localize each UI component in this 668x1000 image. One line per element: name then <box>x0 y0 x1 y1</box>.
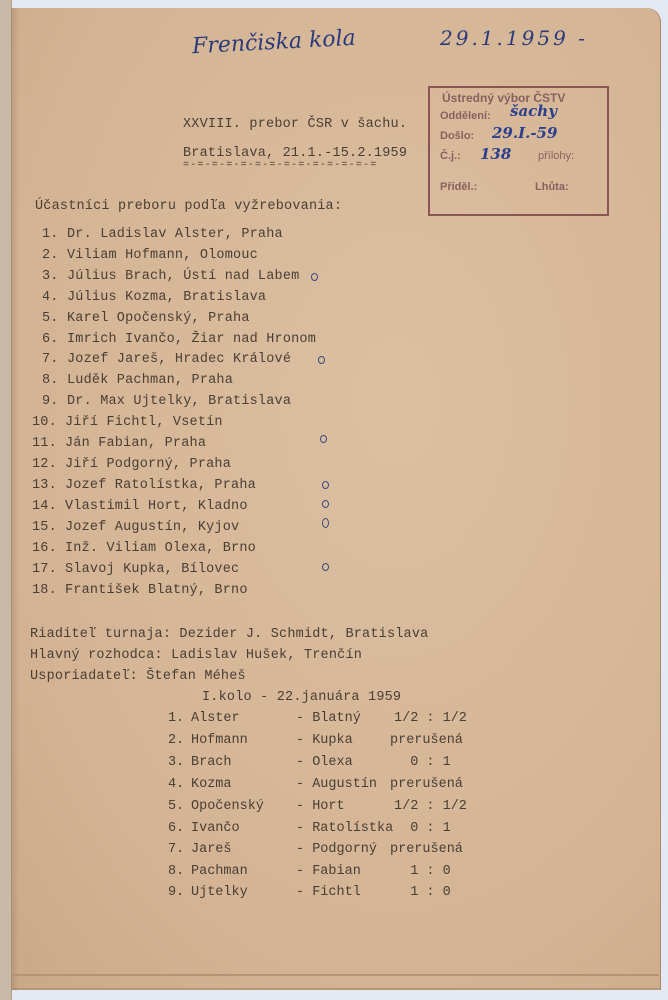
participant-name: Jiří Podgorný, Praha <box>65 457 231 472</box>
game-result: 1 : 0 <box>394 885 451 900</box>
stamp-label-attachments: přílohy: <box>538 150 574 162</box>
game-white-player: Kozma <box>191 777 232 792</box>
participant-number: 15. <box>32 520 57 535</box>
participant-name: Dr. Max Ujtelky, Bratislava <box>67 394 291 409</box>
participant-name: Ján Fabian, Praha <box>65 436 206 451</box>
chief-arbiter: Hlavný rozhodca: Ladislav Hušek, Trenčín <box>30 648 362 663</box>
participant-name: Slavoj Kupka, Bílovec <box>65 562 239 577</box>
participant-name: Jozef Augustín, Kyjov <box>65 520 239 535</box>
participant-number: 12. <box>32 457 57 472</box>
participant-name: Imrich Ivančo, Žiar nad Hronom <box>67 332 316 347</box>
game-result: 0 : 1 <box>394 821 451 836</box>
stamp-value-ref: 138 <box>480 145 511 163</box>
game-result: 1/2 : 1/2 <box>394 799 467 814</box>
game-number: 1. <box>168 711 184 726</box>
game-white-player: Ivančo <box>191 821 240 836</box>
handwritten-date: 29.1.1959 - <box>440 26 588 50</box>
page-shadow <box>11 8 19 990</box>
game-number: 2. <box>168 733 184 748</box>
game-black-player: - Fichtl <box>296 885 361 900</box>
participant-name: František Blatný, Brno <box>65 583 248 598</box>
participant-number: 1. <box>42 227 59 242</box>
game-white-player: Ujtelky <box>191 885 248 900</box>
participant-number: 8. <box>42 373 59 388</box>
game-number: 9. <box>168 885 184 900</box>
participant-number: 13. <box>32 478 57 493</box>
game-white-player: Brach <box>191 755 232 770</box>
participant-number: 5. <box>42 311 59 326</box>
circle-mark-icon <box>322 518 329 528</box>
tournament-director: Riaditeľ turnaja: Dezider J. Schmidt, Br… <box>30 627 428 642</box>
participant-number: 18. <box>32 583 57 598</box>
participant-number: 2. <box>42 248 59 263</box>
circle-mark-icon <box>318 356 325 364</box>
game-result: 1 : 0 <box>394 864 451 879</box>
game-white-player: Hofmann <box>191 733 248 748</box>
game-white-player: Pachman <box>191 864 248 879</box>
game-result: 1/2 : 1/2 <box>394 711 467 726</box>
game-number: 5. <box>168 799 184 814</box>
participant-name: Karel Opočenský, Praha <box>67 311 250 326</box>
stamp-label-ref: Č.j.: <box>440 150 461 162</box>
participant-name: Vlastimil Hort, Kladno <box>65 499 248 514</box>
game-number: 7. <box>168 842 184 857</box>
participant-name: Dr. Ladislav Alster, Praha <box>67 227 283 242</box>
circle-mark-icon <box>322 500 329 508</box>
participant-name: Viliam Hofmann, Olomouc <box>67 248 258 263</box>
game-number: 4. <box>168 777 184 792</box>
document-title: XXVIII. prebor ČSR v šachu. <box>183 117 407 132</box>
round-title: I.kolo - 22.januára 1959 <box>202 690 401 705</box>
game-black-player: - Kupka <box>296 733 353 748</box>
game-number: 3. <box>168 755 184 770</box>
participant-name: Július Kozma, Bratislava <box>67 290 266 305</box>
game-number: 6. <box>168 821 184 836</box>
stamp-label-deadline: Lhůta: <box>535 181 569 193</box>
stamp-label-department: Oddělení: <box>440 110 491 122</box>
game-result: prerušená <box>390 777 463 792</box>
document-location-dates: Bratislava, 21.1.-15.2.1959 <box>183 146 407 161</box>
game-result: 0 : 1 <box>394 755 451 770</box>
participant-number: 17. <box>32 562 57 577</box>
participant-number: 16. <box>32 541 57 556</box>
game-black-player: - Olexa <box>296 755 353 770</box>
participant-number: 4. <box>42 290 59 305</box>
game-black-player: - Hort <box>296 799 345 814</box>
participant-number: 14. <box>32 499 57 514</box>
participant-name: Luděk Pachman, Praha <box>67 373 233 388</box>
participant-number: 10. <box>32 415 57 430</box>
game-result: prerušená <box>390 842 463 857</box>
game-black-player: - Podgorný <box>296 842 377 857</box>
stamp-label-assigned: Přiděl.: <box>440 181 477 193</box>
participant-number: 3. <box>42 269 59 284</box>
circle-mark-icon <box>322 563 329 571</box>
participant-name: Jiří Fichtl, Vsetín <box>65 415 223 430</box>
stamp-value-department: šachy <box>510 102 557 120</box>
receipt-stamp: Ústredný výbor ČSTV Oddělení: šachy Došl… <box>428 86 609 216</box>
circle-mark-icon <box>322 481 329 489</box>
circle-mark-icon <box>311 273 318 281</box>
participant-name: Július Brach, Ústí nad Labem <box>67 269 299 284</box>
organizer: Usporiadateľ: Štefan Méheš <box>30 669 246 684</box>
stamp-value-received: 29.I.-59 <box>492 124 557 142</box>
stamp-label-received: Došlo: <box>440 130 474 142</box>
game-black-player: - Fabian <box>296 864 361 879</box>
participant-number: 7. <box>42 352 59 367</box>
title-underline: =-=-=-=-=-=-=-=-=-=-=-=-=-= <box>183 160 377 171</box>
participant-number: 6. <box>42 332 59 347</box>
game-result: prerušená <box>390 733 463 748</box>
game-black-player: - Blatný <box>296 711 361 726</box>
page-edge <box>11 974 659 976</box>
game-black-player: - Ratolístka <box>296 821 393 836</box>
participant-number: 11. <box>32 436 57 451</box>
participant-name: Jozef Ratolístka, Praha <box>65 478 256 493</box>
game-black-player: - Augustín <box>296 777 377 792</box>
participant-name: Jozef Jareš, Hradec Králové <box>67 352 291 367</box>
participant-number: 9. <box>42 394 59 409</box>
game-white-player: Alster <box>191 711 240 726</box>
circle-mark-icon <box>320 435 327 443</box>
participant-name: Inž. Viliam Olexa, Brno <box>65 541 256 556</box>
game-number: 8. <box>168 864 184 879</box>
game-white-player: Opočenský <box>191 799 264 814</box>
game-white-player: Jareš <box>191 842 232 857</box>
participants-heading: Účastníci preboru podľa vyžrebovania: <box>35 199 342 214</box>
